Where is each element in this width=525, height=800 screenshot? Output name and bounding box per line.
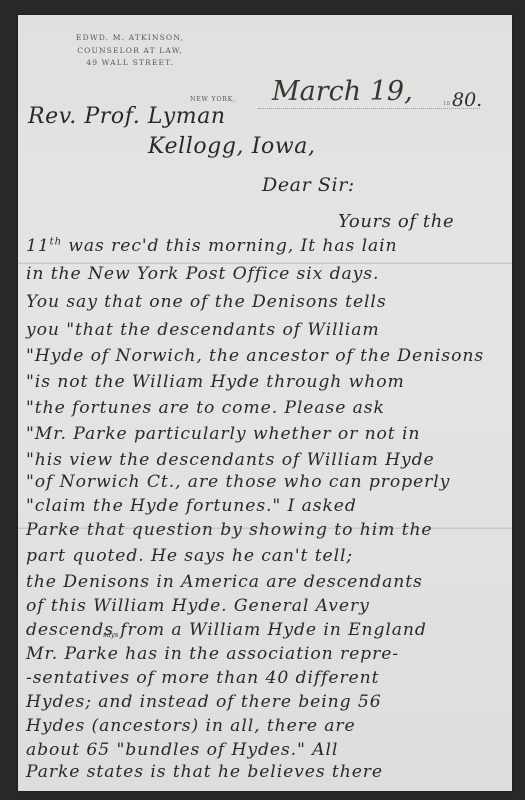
recipient-line-1: Rev. Prof. Lyman bbox=[28, 104, 226, 129]
body-line: Hydes (ancestors) in all, there are bbox=[26, 716, 356, 736]
printed-place: NEW YORK, bbox=[190, 96, 236, 103]
body-line: "of Norwich Ct., are those who can prope… bbox=[26, 472, 450, 492]
scan-frame: EDWD. M. ATKINSON, COUNSELOR AT LAW, 49 … bbox=[0, 0, 525, 800]
ordinal-suffix: th bbox=[50, 236, 62, 247]
body-line: in the New York Post Office six days. bbox=[26, 264, 379, 284]
body-line: Hydes; and instead of there being 56 bbox=[26, 692, 382, 712]
body-line: "claim the Hyde fortunes." I asked bbox=[26, 496, 357, 516]
handwritten-date: March 19, bbox=[272, 76, 413, 107]
body-line: part quoted. He says he can't tell; bbox=[26, 546, 353, 566]
body-line: of this William Hyde. General Avery bbox=[26, 596, 370, 616]
letterhead-title: COUNSELOR AT LAW, bbox=[40, 45, 220, 58]
body-opening: Yours of the bbox=[338, 211, 454, 232]
body-line: Parke that question by showing to him th… bbox=[26, 520, 433, 540]
date-rule bbox=[258, 108, 480, 109]
body-line: You say that one of the Denisons tells bbox=[26, 292, 387, 312]
body-line: Mr. Parke has in the association repre- bbox=[26, 644, 399, 664]
letterhead: EDWD. M. ATKINSON, COUNSELOR AT LAW, 49 … bbox=[40, 32, 220, 70]
handwritten-year: 80. bbox=[452, 89, 482, 111]
printed-year-prefix: 18 bbox=[443, 101, 450, 107]
greeting: Dear Sir: bbox=[262, 174, 355, 196]
recipient-line-2: Kellogg, Iowa, bbox=[148, 134, 316, 159]
body-line: -sentatives of more than 40 different bbox=[26, 668, 379, 688]
line-text: was rec'd this morning, It has lain bbox=[62, 236, 398, 256]
body-line: descends from a William Hyde in England bbox=[26, 620, 427, 640]
body-line: about 65 "bundles of Hydes." All bbox=[26, 740, 338, 760]
body-line: you "that the descendants of William bbox=[26, 320, 380, 340]
inserted-word: says bbox=[103, 631, 118, 639]
body-line: "Hyde of Norwich, the ancestor of the De… bbox=[26, 346, 484, 366]
body-line: "is not the William Hyde through whom bbox=[26, 372, 405, 392]
body-line: "Mr. Parke particularly whether or not i… bbox=[26, 424, 420, 444]
body-line: "the fortunes are to come. Please ask bbox=[26, 398, 385, 418]
body-line: the Denisons in America are descendants bbox=[26, 572, 423, 592]
date-ref: 11 bbox=[26, 236, 50, 256]
body-line: Parke states is that he believes there bbox=[26, 762, 383, 782]
letterhead-name: EDWD. M. ATKINSON, bbox=[40, 32, 220, 45]
letterhead-address: 49 WALL STREET. bbox=[40, 57, 220, 70]
body-line: 11th was rec'd this morning, It has lain bbox=[26, 236, 398, 256]
body-line: "his view the descendants of William Hyd… bbox=[26, 450, 435, 470]
